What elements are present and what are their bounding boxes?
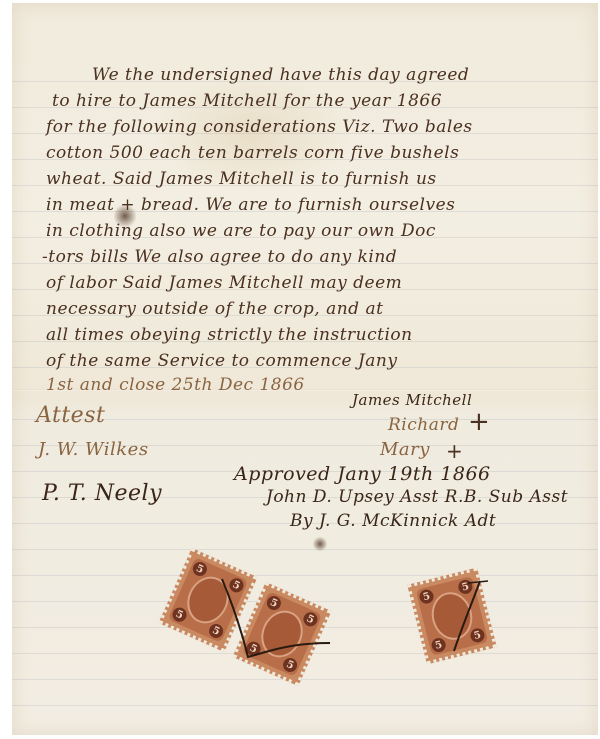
witness-signature: J. W. Wilkes	[38, 439, 149, 460]
body-line: We the undersigned have this day agreed	[92, 65, 469, 85]
body-line: cotton 500 each ten barrels corn five bu…	[46, 143, 459, 163]
body-line: for the following considerations Viz. Tw…	[46, 117, 473, 137]
employer-signature: James Mitchell	[352, 391, 472, 409]
document-paper: We the undersigned have this day agreed …	[12, 3, 598, 735]
ruled-line	[12, 549, 598, 550]
body-line: of labor Said James Mitchell may deem	[46, 273, 402, 293]
body-line: 1st and close 25th Dec 1866	[46, 375, 305, 395]
ruled-line	[12, 679, 598, 680]
approval-line: John D. Upsey Asst R.B. Sub Asst	[266, 487, 568, 507]
ruled-line	[12, 705, 598, 706]
body-line: to hire to James Mitchell for the year 1…	[52, 91, 442, 111]
attest-heading: Attest	[36, 403, 105, 428]
stamp-cancellation-mark	[202, 573, 342, 663]
body-line: necessary outside of the crop, and at	[46, 299, 383, 319]
worker-name: Mary	[380, 439, 430, 460]
stamp-denomination: 5	[170, 605, 188, 623]
body-line: in clothing also we are to pay our own D…	[46, 221, 436, 241]
body-line: -tors bills We also agree to do any kind	[42, 247, 397, 267]
witness-signature: P. T. Neely	[42, 481, 162, 506]
worker-mark: +	[446, 439, 463, 463]
ink-blot	[312, 537, 328, 551]
body-line: all times obeying strictly the instructi…	[46, 325, 413, 345]
body-line: wheat. Said James Mitchell is to furnish…	[46, 169, 437, 189]
body-line: of the same Service to commence Jany	[46, 351, 397, 371]
approval-line: By J. G. McKinnick Adt	[290, 511, 496, 531]
worker-name: Richard	[388, 415, 459, 435]
stamp-cancellation-mark	[432, 577, 502, 657]
body-line: in meat + bread. We are to furnish ourse…	[46, 195, 455, 215]
approval-line: Approved Jany 19th 1866	[234, 463, 491, 485]
worker-mark: +	[468, 407, 490, 437]
